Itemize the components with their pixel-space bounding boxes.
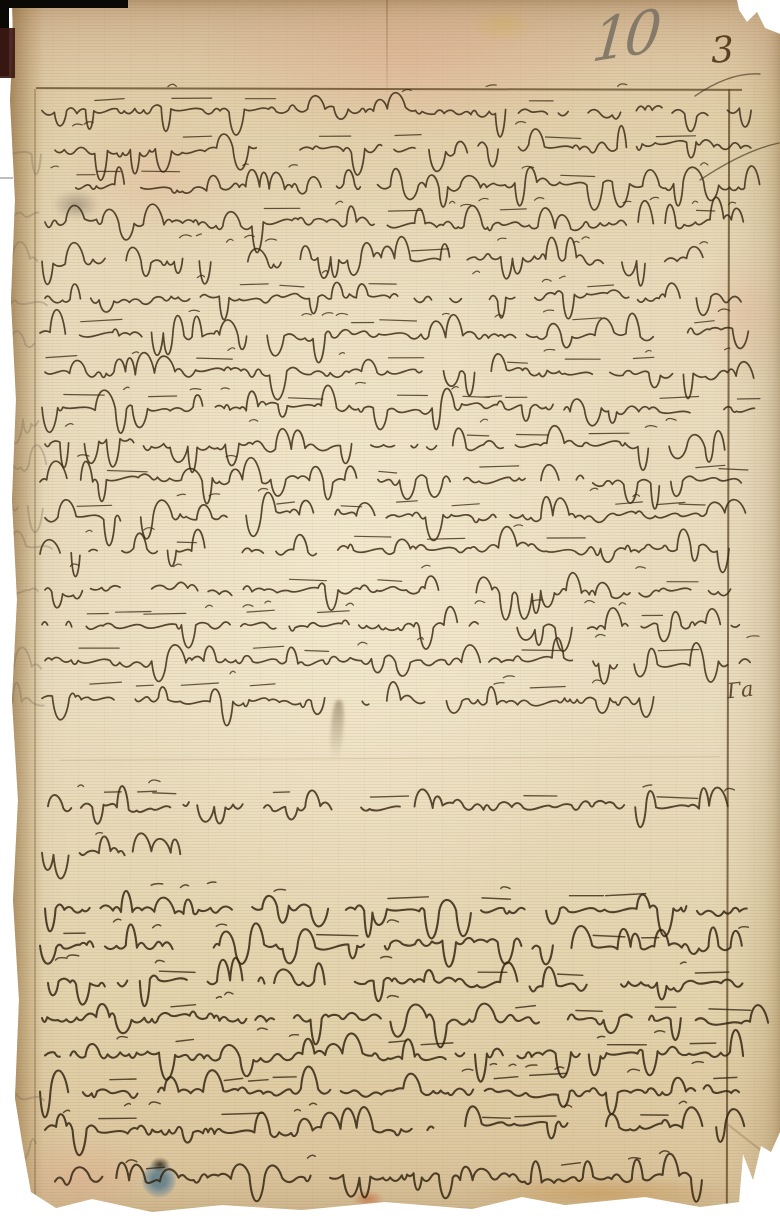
handwriting-svg: [0, 0, 780, 1226]
left-margin-tick: [0, 177, 13, 179]
scanner-edge-top: [0, 0, 128, 8]
scanned-page: 10 3 Га: [0, 0, 780, 1226]
scanner-edge-maroon-chip: [0, 28, 15, 78]
manuscript-paper: 10 3 Га: [0, 0, 780, 1226]
